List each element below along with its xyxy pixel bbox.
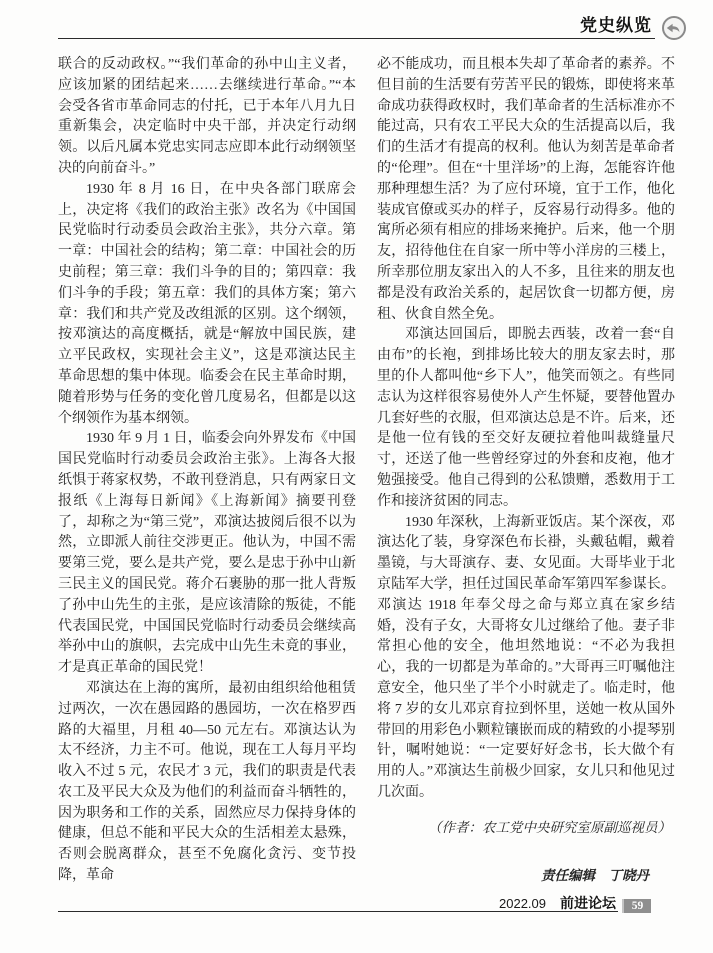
paragraph: 联合的反动政权。”“我们革命的孙中山主义者，应该加紧的团结起来……去继续进行革命… [58, 55, 356, 180]
right-column: 必不能成功，而且根本失却了革命者的素养。不但目前的生活要有劳苦平民的锻炼，即使将… [377, 55, 675, 887]
left-column: 联合的反动政权。”“我们革命的孙中山主义者，应该加紧的团结起来……去继续进行革命… [58, 55, 356, 887]
paragraph: 必不能成功，而且根本失却了革命者的素养。不但目前的生活要有劳苦平民的锻炼，即使将… [377, 55, 675, 325]
paragraph: 1930 年 8 月 16 日，在中央各部门联席会上，决定将《我们的政治主张》改… [58, 180, 356, 430]
paragraph: 邓演达回国后，即脱去西装，改着一套“自由布”的长袍，到排场比较大的朋友家去时，那… [377, 325, 675, 512]
editor-label: 责任编辑 [541, 868, 595, 883]
document-page: 党史纵览 联合的反动政权。”“我们革命的孙中山主义者，应该加紧的团结起来……去继… [0, 0, 713, 953]
author-note: （作者：农工党中央研究室原副巡视员） [377, 818, 675, 838]
paragraph: 邓演达在上海的寓所，最初由组织给他租赁过两次，一次在愚园路的愚园坊，一次在格罗西… [58, 679, 356, 887]
article-body: 联合的反动政权。”“我们革命的孙中山主义者，应该加紧的团结起来……去继续进行革命… [58, 55, 676, 887]
section-label: 党史纵览 [58, 11, 652, 36]
header-rule [58, 38, 655, 39]
back-arrow-circle-icon [661, 15, 687, 41]
paragraph: 1930 年 9 月 1 日，临委会向外界发布《中国国民党临时行动委员会政治主张… [58, 429, 356, 679]
issue-date: 2022.09 [499, 896, 546, 911]
editor-name: 丁晓丹 [609, 868, 650, 883]
page-number-badge: 59 [622, 899, 651, 913]
paragraph: 1930 年深秋，上海新亚饭店。某个深夜，邓演达化了装，身穿深色布长褂，头戴毡帽… [377, 513, 675, 804]
journal-title: 前进论坛 [560, 895, 616, 911]
footer-text: 2022.09前进论坛 [58, 893, 616, 913]
editor-line: 责任编辑丁晓丹 [377, 866, 675, 886]
